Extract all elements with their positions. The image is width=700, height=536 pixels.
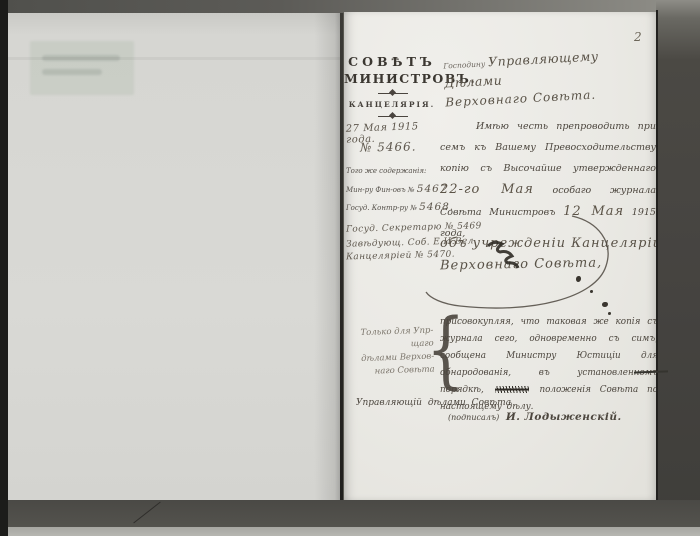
- bleed-through-stamp: [30, 41, 134, 95]
- document-page: 2 СОВѢТЪ МИНИСТРОВЪ. КАНЦЕЛЯРІЯ. 27 Мая …: [344, 12, 656, 500]
- table-surface-strip: [0, 527, 700, 536]
- ornament-divider: [378, 90, 408, 97]
- left-blank-page: [8, 13, 340, 505]
- addressee-block: ГосподинуУправляющему Дѣлами Верховнаго …: [443, 42, 658, 109]
- handwritten-date-insert: 22-го Мая: [440, 182, 534, 197]
- ornament-divider: [378, 113, 408, 120]
- distribution-heading: Того же содержанія:: [346, 167, 426, 175]
- binding-fold-line: [340, 13, 343, 525]
- org-name-line2: МИНИСТРОВЪ.: [344, 71, 444, 86]
- signatory-name: И. Лодыженскій.: [506, 411, 622, 423]
- book-block-edge: [656, 0, 700, 527]
- distribution-entry: Мин-ру Фин-овъ № 5467: [346, 183, 448, 195]
- signature-line: (подписалъ) И. Лодыженскій.: [448, 411, 622, 423]
- folio-number: 2: [634, 30, 642, 44]
- margin-note-line: дѣлами Верхов-: [361, 351, 434, 364]
- photo-left-border: [0, 0, 8, 536]
- document-number: № 5466.: [360, 140, 417, 155]
- crossed-out-word: [495, 386, 529, 393]
- salutation: Господину: [443, 59, 485, 70]
- signatory-title: Управляющій дѣлами Совѣта: [356, 398, 511, 408]
- signed-label: (подписалъ): [448, 413, 499, 422]
- printed-text: Имѣю честь препроводить при семъ къ Ваше…: [440, 121, 656, 174]
- department-label: КАНЦЕЛЯРІЯ.: [344, 100, 440, 109]
- margin-restriction-note: Только для Упр-щаго дѣлами Верхов- наго …: [343, 324, 439, 379]
- recipient-label: Мин-ру Фин-овъ №: [346, 186, 415, 194]
- paper-crease: [8, 57, 340, 60]
- printed-text: присовокупляя, что таковая же копія съ ж…: [440, 317, 658, 395]
- gutter-shadow: [314, 13, 340, 505]
- margin-note-line: Только для Упр-щаго: [360, 326, 434, 350]
- org-name-line1: СОВѢТЪ: [344, 54, 440, 69]
- archival-photo-frame: 2 СОВѢТЪ МИНИСТРОВЪ. КАНЦЕЛЯРІЯ. 27 Мая …: [0, 0, 700, 536]
- addressee-title: Управляющему Дѣлами: [444, 48, 599, 90]
